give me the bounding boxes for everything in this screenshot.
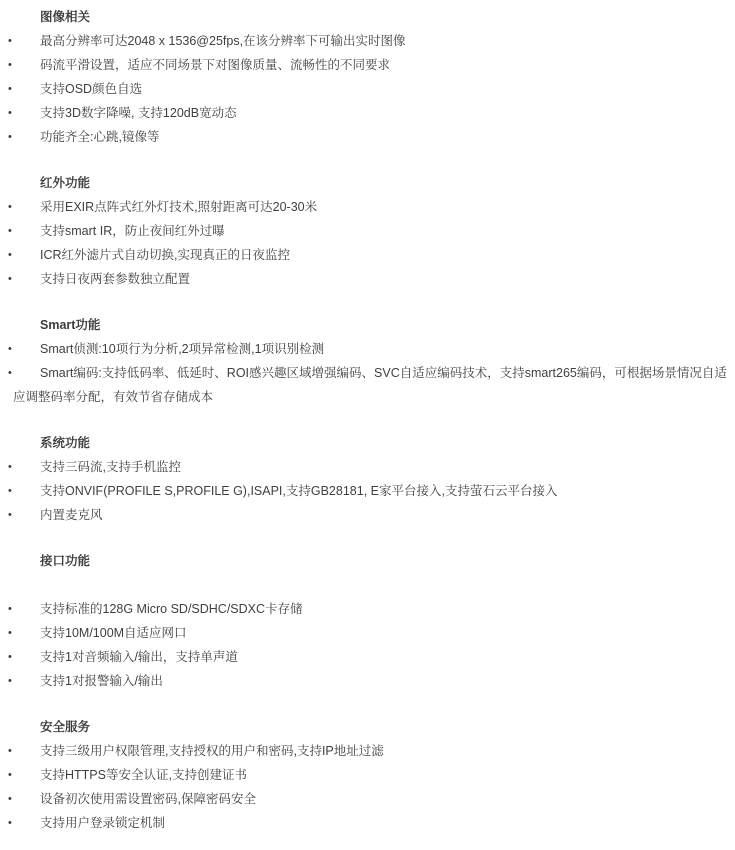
section-heading: Smart功能	[40, 313, 735, 337]
list-item-text: 内置麦克风	[40, 508, 103, 522]
bullet-icon: •	[8, 219, 12, 243]
list-item-text: 支持smart IR，防止夜间红外过曝	[40, 224, 225, 238]
bullet-icon: •	[8, 787, 12, 811]
bullet-icon: •	[8, 77, 12, 101]
list-item-text: 支持标准的128G Micro SD/SDHC/SDXC卡存储	[40, 602, 303, 616]
section-heading: 图像相关	[40, 5, 735, 29]
list-item: •Smart编码:支持低码率、低延时、ROI感兴趣区域增强编码、SVC自适应编码…	[0, 361, 735, 409]
list-item: •支持ONVIF(PROFILE S,PROFILE G),ISAPI,支持GB…	[0, 479, 735, 503]
list-item: •功能齐全:心跳,镜像等	[0, 125, 735, 149]
bullet-icon: •	[8, 669, 12, 693]
list-item: •支持日夜两套参数独立配置	[0, 267, 735, 291]
section-heading: 系统功能	[40, 431, 735, 455]
list-item-text: 支持三码流,支持手机监控	[40, 460, 181, 474]
list-item-text: 最高分辨率可达2048 x 1536@25fps,在该分辨率下可输出实时图像	[40, 34, 406, 48]
list-item-text: 采用EXIR点阵式红外灯技术,照射距离可达20-30米	[40, 200, 317, 214]
list-item-text: 设备初次使用需设置密码,保障密码安全	[40, 792, 256, 806]
section-heading: 安全服务	[40, 715, 735, 739]
bullet-icon: •	[8, 243, 12, 267]
list-item-text: 支持ONVIF(PROFILE S,PROFILE G),ISAPI,支持GB2…	[40, 484, 557, 498]
bullet-icon: •	[8, 621, 12, 645]
list-item-text: 支持10M/100M自适应网口	[40, 626, 187, 640]
section-system: 系统功能 •支持三码流,支持手机监控 •支持ONVIF(PROFILE S,PR…	[0, 431, 735, 527]
list-item: •支持smart IR，防止夜间红外过曝	[0, 219, 735, 243]
list-item: •支持三码流,支持手机监控	[0, 455, 735, 479]
list-item-text: 支持1对音频输入/输出，支持单声道	[40, 650, 238, 664]
list-item: •码流平滑设置，适应不同场景下对图像质量、流畅性的不同要求	[0, 53, 735, 77]
bullet-icon: •	[8, 195, 12, 219]
bullet-icon: •	[8, 455, 12, 479]
list-item: •支持1对报警输入/输出	[0, 669, 735, 693]
list-item-text: 支持OSD颜色自选	[40, 82, 142, 96]
bullet-icon: •	[8, 811, 12, 835]
bullet-icon: •	[8, 645, 12, 669]
bullet-icon: •	[8, 503, 12, 527]
bullet-icon: •	[8, 29, 12, 53]
section-heading: 接口功能	[40, 549, 735, 573]
section-smart: Smart功能 •Smart侦测:10项行为分析,2项异常检测,1项识别检测 •…	[0, 313, 735, 409]
list-item: •支持OSD颜色自选	[0, 77, 735, 101]
bullet-icon: •	[8, 361, 12, 385]
bullet-icon: •	[8, 53, 12, 77]
section-image: 图像相关 •最高分辨率可达2048 x 1536@25fps,在该分辨率下可输出…	[0, 5, 735, 149]
list-item-text: ICR红外滤片式自动切换,实现真正的日夜监控	[40, 248, 290, 262]
bullet-icon: •	[8, 267, 12, 291]
spec-document: 图像相关 •最高分辨率可达2048 x 1536@25fps,在该分辨率下可输出…	[0, 0, 735, 835]
bullet-icon: •	[8, 125, 12, 149]
list-item: •支持10M/100M自适应网口	[0, 621, 735, 645]
section-heading: 红外功能	[40, 171, 735, 195]
list-item: •设备初次使用需设置密码,保障密码安全	[0, 787, 735, 811]
list-item-text: 码流平滑设置，适应不同场景下对图像质量、流畅性的不同要求	[40, 58, 390, 72]
bullet-icon: •	[8, 739, 12, 763]
list-item: •最高分辨率可达2048 x 1536@25fps,在该分辨率下可输出实时图像	[0, 29, 735, 53]
list-item: •Smart侦测:10项行为分析,2项异常检测,1项识别检测	[0, 337, 735, 361]
list-item: •支持标准的128G Micro SD/SDHC/SDXC卡存储	[0, 597, 735, 621]
section-infrared: 红外功能 •采用EXIR点阵式红外灯技术,照射距离可达20-30米 •支持sma…	[0, 171, 735, 291]
list-item-text: 支持用户登录锁定机制	[40, 816, 165, 830]
list-item-text: Smart编码:支持低码率、低延时、ROI感兴趣区域增强编码、SVC自适应编码技…	[13, 366, 727, 404]
list-item-text: 支持3D数字降噪, 支持120dB宽动态	[40, 106, 237, 120]
list-item: •支持1对音频输入/输出，支持单声道	[0, 645, 735, 669]
bullet-icon: •	[8, 763, 12, 787]
list-item-text: 支持日夜两套参数独立配置	[40, 272, 190, 286]
section-interface: 接口功能 •支持标准的128G Micro SD/SDHC/SDXC卡存储 •支…	[0, 549, 735, 693]
list-item-text: 支持三级用户权限管理,支持授权的用户和密码,支持IP地址过滤	[40, 744, 384, 758]
list-item: •支持3D数字降噪, 支持120dB宽动态	[0, 101, 735, 125]
bullet-icon: •	[8, 597, 12, 621]
list-item: •内置麦克风	[0, 503, 735, 527]
list-item-text: Smart侦测:10项行为分析,2项异常检测,1项识别检测	[40, 342, 324, 356]
bullet-icon: •	[8, 101, 12, 125]
list-item-text: 支持1对报警输入/输出	[40, 674, 163, 688]
bullet-icon: •	[8, 479, 12, 503]
list-item: •支持用户登录锁定机制	[0, 811, 735, 835]
list-item: •ICR红外滤片式自动切换,实现真正的日夜监控	[0, 243, 735, 267]
list-item: •支持HTTPS等安全认证,支持创建证书	[0, 763, 735, 787]
list-item: •支持三级用户权限管理,支持授权的用户和密码,支持IP地址过滤	[0, 739, 735, 763]
list-item: •采用EXIR点阵式红外灯技术,照射距离可达20-30米	[0, 195, 735, 219]
list-item-text: 支持HTTPS等安全认证,支持创建证书	[40, 768, 247, 782]
list-item-text: 功能齐全:心跳,镜像等	[40, 130, 159, 144]
bullet-icon: •	[8, 337, 12, 361]
section-security: 安全服务 •支持三级用户权限管理,支持授权的用户和密码,支持IP地址过滤 •支持…	[0, 715, 735, 835]
